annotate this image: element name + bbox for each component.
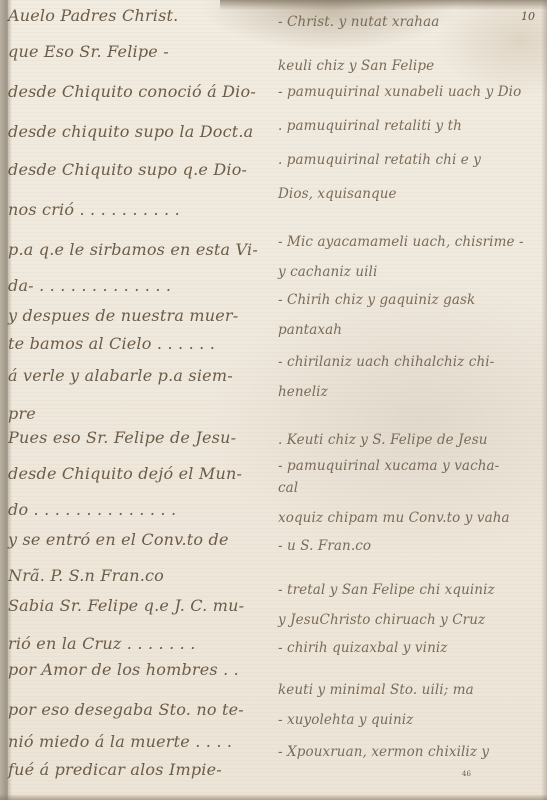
- manuscript-line: por eso desegaba Sto. no te-: [8, 700, 244, 719]
- manuscript-line: y despues de nuestra muer-: [8, 306, 238, 325]
- manuscript-line: - tretal y San Felipe chi xquiniz: [278, 582, 495, 598]
- manuscript-line: - pamuquirinal xunabeli uach y Dio: [278, 84, 521, 100]
- manuscript-line: nos crió . . . . . . . . . .: [8, 200, 180, 219]
- manuscript-line: por Amor de los hombres . .: [8, 660, 239, 679]
- manuscript-line: . pamuquirinal retatih chi e y: [278, 152, 481, 168]
- manuscript-line: - Christ. y nutat xrahaa: [278, 14, 439, 30]
- manuscript-line: cal: [278, 480, 298, 496]
- bottom-page-edge: [0, 794, 547, 800]
- right-page-edge: [541, 0, 547, 800]
- folio-number: 10: [521, 10, 535, 23]
- manuscript-line: desde Chiquito conoció á Dio-: [8, 82, 256, 101]
- manuscript-line: . pamuquirinal retaliti y th: [278, 118, 462, 134]
- manuscript-line: - chirilaniz uach chihalchiz chi-: [278, 354, 494, 370]
- manuscript-line: p.a q.e le sirbamos en esta Vi-: [8, 240, 258, 259]
- manuscript-line: desde Chiquito dejó el Mun-: [8, 464, 242, 483]
- manuscript-line: desde Chiquito supo q.e Dio-: [8, 160, 247, 179]
- manuscript-line: Nrã. P. S.n Fran.co: [8, 566, 164, 585]
- footnote-mark: 46: [462, 770, 471, 778]
- manuscript-line: á verle y alabarle p.a siem-: [8, 366, 233, 385]
- manuscript-line: da- . . . . . . . . . . . . .: [8, 276, 171, 295]
- manuscript-line: Auelo Padres Christ.: [8, 6, 178, 25]
- manuscript-line: fué á predicar alos Impie-: [8, 760, 222, 779]
- manuscript-line: que Eso Sr. Felipe -: [8, 42, 169, 61]
- manuscript-line: Pues eso Sr. Felipe de Jesu-: [8, 428, 236, 447]
- manuscript-line: y JesuChristo chiruach y Cruz: [278, 612, 485, 628]
- manuscript-line: desde chiquito supo la Doct.a: [8, 122, 253, 141]
- manuscript-page: 10 46 Auelo Padres Christ.que Eso Sr. Fe…: [0, 0, 547, 800]
- manuscript-line: Sabia Sr. Felipe q.e J. C. mu-: [8, 596, 244, 615]
- manuscript-line: nió miedo á la muerte . . . .: [8, 732, 232, 751]
- manuscript-line: Dios, xquisanque: [278, 186, 397, 202]
- manuscript-line: keuli chiz y San Felipe: [278, 58, 434, 74]
- manuscript-line: - pamuquirinal xucama y vacha-: [278, 458, 499, 474]
- manuscript-line: - xuyolehta y quiniz: [278, 712, 413, 728]
- manuscript-line: - Xpouxruan, xermon chixiliz y: [278, 744, 489, 760]
- manuscript-line: - chirih quizaxbal y viniz: [278, 640, 448, 656]
- manuscript-line: xoquiz chipam mu Conv.to y vaha: [278, 510, 510, 526]
- manuscript-line: te bamos al Cielo . . . . . .: [8, 334, 215, 353]
- manuscript-line: keuti y minimal Sto. uili; ma: [278, 682, 474, 698]
- manuscript-line: . Keuti chiz y S. Felipe de Jesu: [278, 432, 488, 448]
- top-torn-edge: [220, 0, 547, 10]
- manuscript-line: rió en la Cruz . . . . . . .: [8, 634, 196, 653]
- manuscript-line: y cachaniz uili: [278, 264, 377, 280]
- manuscript-line: pre: [8, 404, 36, 423]
- manuscript-line: do . . . . . . . . . . . . . .: [8, 500, 176, 519]
- manuscript-line: y se entró en el Conv.to de: [8, 530, 229, 549]
- manuscript-line: - u S. Fran.co: [278, 538, 371, 554]
- binding-fold-line: [5, 0, 8, 800]
- manuscript-line: - Mic ayacamameli uach, chisrime -: [278, 234, 524, 250]
- manuscript-line: - Chirih chiz y gaquiniz gask: [278, 292, 475, 308]
- manuscript-line: heneliz: [278, 384, 328, 400]
- manuscript-line: pantaxah: [278, 322, 342, 338]
